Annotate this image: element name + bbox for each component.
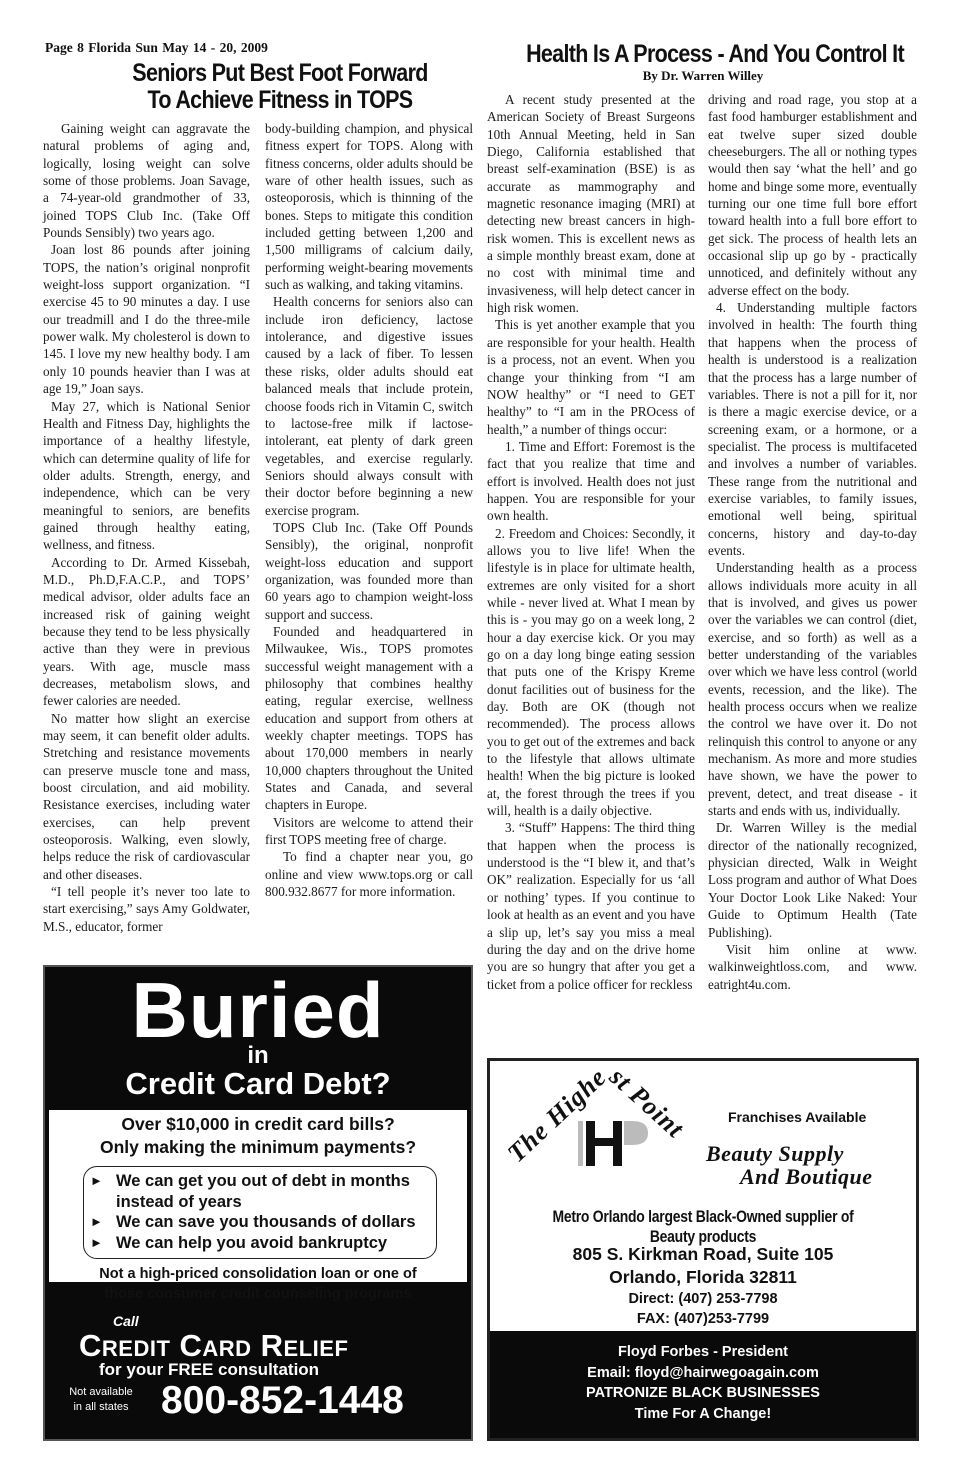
paragraph: Founded and headquartered in Milwaukee, … — [265, 623, 473, 814]
paragraph: Joan lost 86 pounds after joining TOPS, … — [43, 241, 250, 397]
headline-line-2: To Achieve Fitness in TOPS — [56, 87, 503, 114]
paragraph: Understanding health as a process allows… — [708, 559, 917, 819]
paragraph: TOPS Club Inc. (Take Off Pounds Sensibly… — [265, 519, 473, 623]
ad-bullet-text: We can get you out of debt in months ins… — [116, 1171, 428, 1212]
president-name: Floyd Forbes - President — [490, 1342, 916, 1363]
byline: By Dr. Warren Willey — [483, 68, 923, 84]
paragraph: No matter how slight an exercise may see… — [43, 710, 250, 883]
ad-phone-number: 800-852-1448 — [161, 1379, 404, 1423]
svg-text:The Highest Point: The Highest Point — [502, 1067, 690, 1168]
ad-bullet: ► We can help you avoid bankruptcy — [90, 1233, 428, 1254]
health-article-column-1: A recent study presented at the American… — [487, 91, 695, 993]
ad-title-credit-card-debt: Credit Card Debt? — [45, 1065, 471, 1103]
ad-note-line-1: Not a high-priced consolidation loan or … — [49, 1265, 467, 1285]
list-item-paragraph: 4. Understanding multiple factors involv… — [708, 299, 917, 559]
ad-note-line-2: those consumer credit counseling program… — [49, 1285, 467, 1305]
seniors-headline: Seniors Put Best Foot Forward To Achieve… — [56, 60, 503, 114]
credit-card-relief-ad: Buried in Credit Card Debt? Over $10,000… — [43, 965, 473, 1441]
metro-orlando-line: Metro Orlando largest Black-Owned suppli… — [528, 1207, 877, 1247]
ad-bullet-text: We can save you thousands of dollars — [116, 1212, 416, 1233]
headline-line-1: Seniors Put Best Foot Forward — [56, 60, 503, 87]
availability-line: in all states — [59, 1400, 143, 1415]
franchises-available: Franchises Available — [728, 1109, 866, 1125]
paragraph: May 27, which is National Senior Health … — [43, 398, 250, 554]
paragraph: Health concerns for seniors also can inc… — [265, 293, 473, 518]
ad-question-2: Only making the minimum payments? — [49, 1136, 467, 1159]
paragraph: A recent study presented at the American… — [487, 91, 695, 316]
paragraph: To find a chapter near you, go online an… — [265, 848, 473, 900]
address-line-1: 805 S. Kirkman Road, Suite 105 — [490, 1243, 916, 1266]
paragraph: Gaining weight can aggravate the natural… — [43, 120, 250, 241]
list-item-paragraph: 3. “Stuff” Happens: The third thing that… — [487, 819, 695, 992]
availability-line: Not available — [59, 1385, 143, 1400]
ad-footer-panel: Floyd Forbes - President Email: floyd@ha… — [490, 1331, 916, 1438]
paragraph: Visitors are welcome to attend their fir… — [265, 814, 473, 849]
tagline-and-boutique: And Boutique — [740, 1164, 873, 1190]
ad-free-consultation: for your FREE consultation — [99, 1360, 319, 1380]
list-item-paragraph: 1. Time and Effort: Foremost is the fact… — [487, 438, 695, 525]
health-article-column-2: driving and road rage, you stop at a fas… — [708, 91, 917, 993]
ad-call-label: Call — [113, 1313, 139, 1329]
health-headline: Health Is A Process - And You Control It — [504, 40, 925, 68]
right-triangle-arrow-icon: ► — [90, 1212, 116, 1233]
logo-arc-text: The Highest Point — [502, 1067, 690, 1168]
highest-point-logo-icon: The Highest Point — [498, 1067, 728, 1177]
paragraph: “I tell people it’s never too late to st… — [43, 883, 250, 935]
paragraph: Dr. Warren Willey is the medial director… — [708, 819, 917, 940]
ad-title-buried: Buried — [45, 967, 471, 1053]
address-line-2: Orlando, Florida 32811 — [490, 1266, 916, 1289]
contact-email: Email: floyd@hairwegoagain.com — [490, 1363, 916, 1384]
page-folio: Page 8 Florida Sun May 14 - 20, 2009 — [45, 40, 268, 56]
ad-question-1: Over $10,000 in credit card bills? — [49, 1113, 467, 1136]
ad-white-panel: Over $10,000 in credit card bills? Only … — [49, 1110, 467, 1282]
ad-bullet: ► We can save you thousands of dollars — [90, 1212, 428, 1233]
direct-phone: Direct: (407) 253-7798 — [490, 1289, 916, 1309]
ad-brand-name: Credit Card Relief — [79, 1329, 348, 1363]
seniors-article-column-1: Gaining weight can aggravate the natural… — [43, 120, 250, 935]
paragraph: Visit him online at www. walkinweightlos… — [708, 941, 917, 993]
paragraph: body-building champion, and physical fit… — [265, 120, 473, 293]
ad-bullet: ► We can get you out of debt in months i… — [90, 1171, 428, 1212]
fax-number: FAX: (407)253-7799 — [490, 1309, 916, 1329]
paragraph: According to Dr. Armed Kissebah, M.D., P… — [43, 554, 250, 710]
highest-point-beauty-ad: The Highest Point Franchises Available B… — [487, 1058, 919, 1441]
change-slogan: Time For A Change! — [490, 1404, 916, 1425]
paragraph: driving and road rage, you stop at a fas… — [708, 91, 917, 299]
patronize-slogan: PATRONIZE BLACK BUSINESSES — [490, 1383, 916, 1404]
business-address: 805 S. Kirkman Road, Suite 105 Orlando, … — [490, 1243, 916, 1329]
ad-bullet-text: We can help you avoid bankruptcy — [116, 1233, 387, 1254]
ad-availability-note: Not available in all states — [59, 1385, 143, 1415]
paragraph: This is yet another example that you are… — [487, 316, 695, 437]
right-triangle-arrow-icon: ► — [90, 1233, 116, 1254]
ad-bullet-box: ► We can get you out of debt in months i… — [83, 1166, 437, 1259]
right-triangle-arrow-icon: ► — [90, 1171, 116, 1212]
list-item-paragraph: 2. Freedom and Choices: Secondly, it all… — [487, 525, 695, 820]
seniors-article-column-2: body-building champion, and physical fit… — [265, 120, 473, 900]
